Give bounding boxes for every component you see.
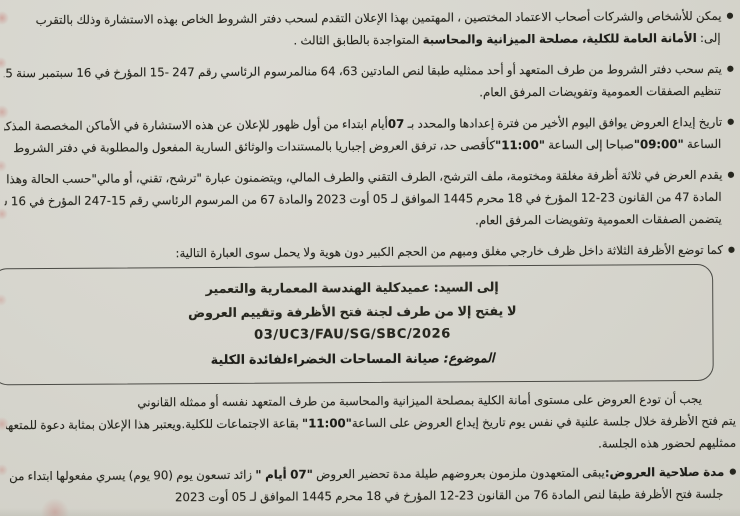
para-three-envelopes: ●يقدم العرض في ثلاثة أظرفة مغلقة ومختومة…	[4, 164, 734, 234]
text-line: الساعة "09:00"صباحا إلى الساعة "11:00"كأ…	[4, 133, 734, 159]
para-deposit-location: يجب أن تودع العروض على مستوى أمانة الكلي…	[6, 388, 736, 458]
line-text: المادة 47 من القانون 23-12 المؤرخ في 18 …	[5, 190, 722, 209]
para-withdraw-by-tenderer: ●يتم سحب دفتر الشروط من طرف المتعهد أو أ…	[4, 58, 734, 106]
bold-time-1100: "11:00"	[495, 138, 545, 152]
para-withdraw-specs: ●يمكن للأشخاص والشركات أصحاب الاعتماد ال…	[3, 5, 733, 53]
line-text: المؤرخ في 16 سبتمبر سنة 2015 والمتضمن	[4, 65, 150, 80]
subject-label: الموضوع:	[444, 350, 495, 365]
bold-days-count: 07	[388, 117, 405, 131]
line-text: أيام ابتداء من أول ظهور للإعلان عن هذه ا…	[4, 117, 388, 134]
line-text: تاريخ إيداع العروض يوافق اليوم الأخير من…	[404, 115, 722, 131]
bold-office-name: الأمانة العامة للكلية، مصلحة الميزانية و…	[423, 31, 697, 47]
line-text: يقدم العرض في ثلاثة أظرفة مغلقة ومختومة،…	[4, 168, 722, 187]
line-text: تنظيم الصفقات العمومية وتفويضات المرفق ا…	[479, 84, 721, 99]
line-text: يمكن للأشخاص والشركات أصحاب الاعتماد الم…	[36, 9, 722, 27]
bullet-icon: ●	[728, 239, 735, 261]
decree-number: 15- 247	[150, 61, 195, 83]
subject-text: صيانة المساحات الخضراءلفائدة الكلية	[211, 350, 444, 366]
text-line: إلى: الأمانة العامة للكلية، مصلحة الميزا…	[4, 27, 734, 53]
line-text: الساعة	[684, 137, 722, 151]
bold-time-1100: "11:00"	[302, 416, 352, 430]
line-text: يجب أن تودع العروض على مستوى أمانة الكلي…	[137, 392, 702, 409]
line-text: يتم فتح الأظرفة خلال جلسة علنية في نفس ي…	[352, 414, 736, 430]
line-text: يتضمن الصفقات العمومية وتفويضات المرفق ا…	[475, 212, 722, 228]
document-content: ●يمكن للأشخاص والشركات أصحاب الاعتماد ال…	[0, 0, 740, 516]
bullet-icon: ●	[727, 164, 734, 186]
line-text: كأقصى حد، ترفق العروض إجباريا بالمستندات…	[13, 138, 495, 155]
bold-validity-lead: مدة صلاحية العروض:	[605, 465, 725, 480]
box-subject-line: الموضوع: صيانة المساحات الخضراءلفائدة ال…	[3, 344, 703, 372]
bullet-icon: ●	[729, 461, 736, 483]
para-outer-envelope: ●كما توضع الأظرفة الثلاثة داخل ظرف خارجي…	[5, 239, 735, 265]
bullet-icon: ●	[727, 58, 734, 80]
line-text: جلسة فتح الأظرفة طبقا لنص المادة 76 من ا…	[175, 487, 724, 504]
text-line: ممثليهم لحضور هذه الجلسة.	[6, 432, 736, 458]
line-text: يبقى المتعهدون ملزمون بعروضهم طيلة مدة ت…	[313, 466, 605, 482]
bullet-icon: ●	[726, 5, 733, 27]
bold-07-days: "07 أيام "	[255, 467, 313, 481]
line-text: المتواجدة بالطابق الثالث .	[293, 33, 422, 48]
line-text: يتم سحب دفتر الشروط من طرف المتعهد أو أح…	[195, 62, 722, 79]
para-offer-validity: ●مدة صلاحية العروض:يبقى المتعهدون ملزمون…	[6, 461, 736, 509]
envelope-address-box: إلى السيد: عميدكلية الهندسة المعمارية وا…	[0, 264, 714, 385]
text-line: يتضمن الصفقات العمومية وتفويضات المرفق ا…	[5, 208, 735, 234]
text-line: ●كما توضع الأظرفة الثلاثة داخل ظرف خارجي…	[5, 239, 735, 265]
line-text: ممثليهم لحضور هذه الجلسة.	[598, 436, 736, 451]
scanned-document-page: ●يمكن للأشخاص والشركات أصحاب الاعتماد ال…	[0, 0, 740, 516]
line-text: إلى:	[697, 31, 721, 45]
bold-time-0900: "09:00"	[634, 137, 684, 151]
para-deposit-date: ●تاريخ إيداع العروض يوافق اليوم الأخير م…	[4, 111, 734, 159]
line-text: كما توضع الأظرفة الثلاثة داخل ظرف خارجي …	[175, 243, 723, 260]
line-text: بقاعة الاجتماعات للكلية.ويعتبر هذا الإعل…	[6, 416, 302, 432]
bullet-icon: ●	[727, 111, 734, 133]
line-text: صباحا إلى الساعة	[545, 137, 634, 152]
line-text: زائد تسعون يوم (90 يوم) يسري مفعولها ابت…	[6, 468, 255, 484]
text-line: جلسة فتح الأظرفة طبقا لنص المادة 76 من ا…	[6, 483, 736, 509]
text-line: تنظيم الصفقات العمومية وتفويضات المرفق ا…	[4, 80, 734, 106]
